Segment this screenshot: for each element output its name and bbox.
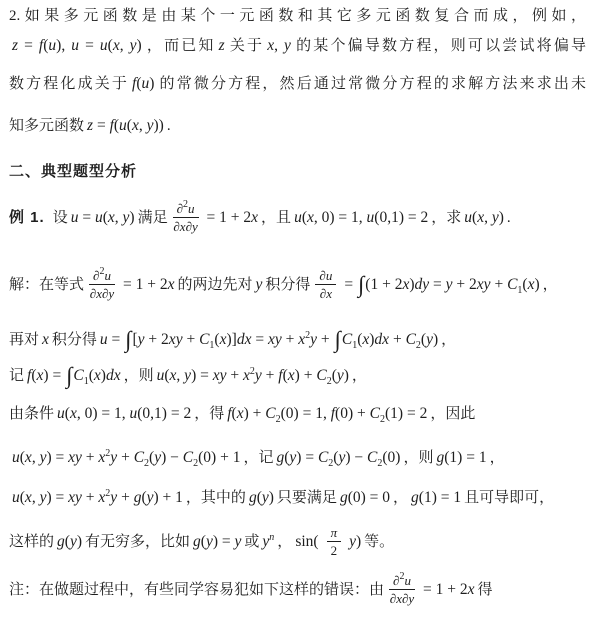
text-fragment: y — [192, 219, 198, 234]
text-fragment: π — [331, 525, 338, 540]
text-fragment: C — [406, 331, 416, 348]
text-fragment: u — [464, 209, 472, 226]
math-text: yn — [262, 533, 274, 550]
body-text: 有无穷多，比如 — [85, 534, 190, 550]
body-text: ， — [352, 368, 367, 384]
text-fragment: z — [219, 37, 225, 54]
math-text: g(1) = 1 — [436, 449, 486, 466]
text-fragment: x — [243, 367, 250, 384]
body-text: ，则 — [403, 450, 433, 466]
text-fragment: C — [318, 449, 328, 466]
body-text: 得 — [477, 582, 492, 598]
fraction: ∂2u∂x∂y — [89, 267, 115, 302]
text-fragment: x — [245, 331, 252, 348]
text-fragment: 2 — [183, 199, 188, 210]
text-fragment: f — [331, 405, 335, 422]
text-fragment: x — [132, 117, 139, 134]
text-fragment: 2 — [276, 414, 281, 425]
text-fragment: y — [275, 331, 282, 348]
text-fragment: y — [349, 533, 356, 550]
text-fragment: x — [170, 367, 177, 384]
text-fragment: g — [134, 489, 142, 506]
text-fragment: g — [249, 489, 257, 506]
text-fragment: 1 — [517, 285, 522, 296]
math-text: u = u(x, y) — [71, 209, 135, 226]
text-fragment: d — [237, 331, 245, 348]
text-fragment: g — [276, 449, 284, 466]
text-fragment: y — [484, 276, 491, 293]
text-fragment: y — [70, 533, 77, 550]
math-text: = 1 + 2x — [423, 581, 475, 598]
math-text: g(y) = y — [193, 533, 241, 550]
solution-step-6: u(x, y) = xy + x2y + g(y) + 1，其中的g(y)只要满… — [9, 483, 586, 513]
bold-label: 二、典型题型分析 — [9, 163, 137, 180]
text-fragment: y — [184, 367, 191, 384]
text-fragment: 1 — [352, 340, 357, 351]
text-fragment: u — [119, 117, 127, 134]
text-fragment: x — [68, 489, 75, 506]
text-fragment: n — [269, 532, 274, 543]
text-fragment: y — [408, 591, 414, 606]
body-text: 只要满足 — [277, 490, 337, 506]
text-fragment: 2 — [305, 330, 310, 341]
math-text: u(x, 0) = 1, u(0,1) = 2 — [294, 209, 428, 226]
fraction-denominator: ∂x∂y — [389, 590, 415, 607]
text-fragment: y — [108, 286, 114, 301]
text-fragment: 2 — [377, 458, 382, 469]
fraction-numerator: ∂u — [315, 267, 336, 285]
text-fragment: x — [468, 581, 475, 598]
intro-line-2: z = f(u), u = u(x, y)，而已知z关于x, y的某个偏导数方程… — [9, 32, 586, 60]
text-fragment: u — [12, 489, 20, 506]
fraction-numerator: ∂2u — [389, 572, 415, 590]
text-fragment: x — [268, 331, 275, 348]
text-fragment: u — [100, 37, 108, 54]
text-fragment: y — [284, 37, 291, 54]
text-fragment: 2 — [193, 458, 198, 469]
text-fragment: u — [71, 37, 79, 54]
text-fragment: u — [104, 268, 111, 283]
text-fragment: y — [138, 331, 145, 348]
body-text: ， — [543, 277, 558, 293]
text-fragment: y — [289, 449, 296, 466]
fraction: ∂2u∂x∂y — [173, 200, 199, 235]
solution-step-4: 由条件u(x, 0) = 1, u(0,1) = 2，得f(x) + C2(0)… — [9, 400, 586, 428]
text-fragment: y — [310, 331, 317, 348]
body-text: ， — [277, 534, 292, 550]
body-text: 注：在做题过程中，有些同学容易犯如下这样的错误：由 — [9, 582, 384, 598]
text-fragment: y — [110, 489, 117, 506]
body-text: 关于 — [228, 38, 265, 54]
text-fragment: y — [426, 331, 433, 348]
text-fragment: u — [48, 37, 56, 54]
fraction: π2 — [327, 524, 342, 559]
text-fragment: C — [370, 405, 380, 422]
text-fragment: u — [326, 268, 333, 283]
integral-sign: ∫ — [124, 327, 132, 352]
text-fragment: u — [188, 201, 195, 216]
text-fragment: y — [235, 533, 242, 550]
text-fragment: x — [68, 449, 75, 466]
text-fragment: z — [87, 117, 93, 134]
text-fragment: f — [27, 367, 31, 384]
fraction-denominator: ∂x∂y — [173, 218, 199, 235]
fraction: ∂u∂x — [315, 267, 336, 302]
text-fragment: C — [183, 449, 193, 466]
text-fragment: 2 — [105, 448, 110, 459]
body-text: ，且 — [261, 210, 291, 226]
fraction-numerator: π — [327, 524, 342, 542]
text-fragment: x — [108, 209, 115, 226]
text-fragment: C — [265, 405, 275, 422]
fraction-denominator: 2 — [327, 542, 342, 559]
fraction-numerator: ∂2u — [173, 200, 199, 218]
text-fragment: x — [402, 276, 409, 293]
text-fragment: y — [255, 367, 262, 384]
text-fragment: y — [147, 117, 154, 134]
body-text: ，得 — [194, 406, 224, 422]
text-fragment: 2 — [399, 571, 404, 582]
text-fragment: y — [262, 489, 269, 506]
math-text: z = f(u(x, y)) — [87, 117, 164, 134]
text-fragment: x — [362, 331, 369, 348]
text-fragment: y — [422, 276, 429, 293]
text-fragment: y — [75, 489, 82, 506]
math-text: g(y) = C2(y) − C2(0) — [276, 449, 400, 466]
body-text: ， — [441, 332, 456, 348]
text-fragment: x — [251, 209, 258, 226]
body-text: 2.如果多元函数是由某个一元函数和其它多元函数复合而成，例如， — [9, 8, 586, 24]
text-fragment: 2 — [328, 458, 333, 469]
math-text: g(y) — [249, 489, 274, 506]
fraction-numerator: ∂2u — [89, 267, 115, 285]
solution-step-7: 这样的g(y)有无穷多，比如g(y) = y或yn，sin(π2y)等。 — [9, 520, 586, 564]
text-fragment: y — [446, 276, 453, 293]
intro-line-1: 2.如果多元函数是由某个一元函数和其它多元函数复合而成，例如， — [9, 2, 586, 30]
text-fragment: u — [367, 209, 375, 226]
body-text: . — [507, 210, 511, 226]
text-fragment: 1 — [84, 376, 89, 387]
text-fragment: x — [169, 331, 176, 348]
text-fragment: d — [374, 331, 382, 348]
math-text: x — [42, 331, 49, 348]
text-fragment: u — [141, 75, 149, 92]
body-text: ，其中的 — [186, 490, 246, 506]
text-fragment: x — [396, 591, 402, 606]
body-text: 由条件 — [9, 406, 54, 422]
body-text: 等。 — [364, 534, 394, 550]
text-fragment: d — [106, 367, 114, 384]
text-fragment: n — [269, 532, 274, 543]
text-fragment: u — [404, 573, 411, 588]
solution-step-2: 再对x积分得u = ∫[y + 2xy + C1(x)]dx = xy + x2… — [9, 322, 586, 358]
text-fragment: x — [42, 331, 49, 348]
solution-step-1: 解：在等式∂2u∂x∂y= 1 + 2x的两边先对y积分得∂u∂x= ∫(1 +… — [9, 262, 586, 308]
body-text: ，而已知 — [145, 38, 216, 54]
text-fragment: 2 — [380, 414, 385, 425]
text-fragment: g — [436, 449, 444, 466]
math-text: u(x, y) — [464, 209, 504, 226]
text-fragment: x — [237, 405, 244, 422]
text-fragment: x — [94, 367, 101, 384]
text-fragment: x — [477, 209, 484, 226]
body-text: ，记 — [243, 450, 273, 466]
text-fragment: y — [123, 209, 130, 226]
text-fragment: f — [227, 405, 231, 422]
text-fragment: y — [75, 449, 82, 466]
text-fragment: g — [193, 533, 201, 550]
text-fragment: y — [338, 449, 345, 466]
body-text: 知多元函数 — [9, 118, 84, 134]
math-text: g(1) = 1 — [411, 489, 461, 506]
section-heading: 二、典型题型分析 — [9, 158, 586, 186]
fraction-denominator: ∂x — [315, 285, 336, 302]
fraction-denominator: ∂x∂y — [89, 285, 115, 302]
text-fragment: C — [367, 449, 377, 466]
math-text: u(x, y) = xy + x2y + C2(y) − C2(0) + 1 — [12, 449, 240, 466]
text-fragment: 2 — [99, 266, 104, 277]
text-fragment: x — [307, 209, 314, 226]
text-fragment: f — [132, 75, 136, 92]
body-text: 的某个偏导数方程，则可以尝试将偏导 — [294, 38, 586, 54]
text-fragment: g — [411, 489, 419, 506]
math-text: f(x) + C2(0) = 1, f(0) + C2(1) = 2 — [227, 405, 427, 422]
text-fragment: 2 — [144, 458, 149, 469]
text-fragment: y — [176, 331, 183, 348]
math-text: y — [255, 276, 262, 293]
math-text: f(u) — [132, 75, 154, 92]
bold-label: 例 1. — [9, 209, 45, 226]
text-fragment: f — [39, 37, 43, 54]
text-fragment: x — [96, 286, 102, 301]
body-text: 设 — [53, 210, 68, 226]
math-text: z = f(u), u = u(x, y) — [12, 37, 142, 54]
text-fragment: u — [294, 209, 302, 226]
body-text: 这样的 — [9, 534, 54, 550]
text-fragment: y — [337, 367, 344, 384]
text-fragment: u — [100, 331, 108, 348]
math-text: u(x, 0) = 1, u(0,1) = 2 — [57, 405, 191, 422]
text-fragment: C — [507, 276, 517, 293]
text-fragment: g — [340, 489, 348, 506]
text-fragment: x — [213, 367, 220, 384]
body-text: 满足 — [138, 210, 168, 226]
text-fragment: z — [12, 37, 18, 54]
body-text: ，求 — [431, 210, 461, 226]
math-text: = 1 + 2x — [123, 276, 175, 293]
text-fragment: x — [288, 367, 295, 384]
body-text: 再对 — [9, 332, 39, 348]
math-text: = ∫(1 + 2x)dy = y + 2xy + C1(x) — [344, 276, 539, 293]
text-fragment: x — [267, 37, 274, 54]
math-text: u = ∫[y + 2xy + C1(x)]dx = xy + x2y + ∫C… — [100, 331, 438, 348]
text-fragment: y — [255, 276, 262, 293]
body-text: 记 — [9, 368, 24, 384]
text-fragment: u — [95, 209, 103, 226]
text-fragment: 2 — [327, 376, 332, 387]
text-fragment: 2 — [250, 366, 255, 377]
body-text: 积分得 — [265, 277, 310, 293]
text-fragment: x — [180, 219, 186, 234]
text-fragment: x — [168, 276, 175, 293]
text-fragment: y — [154, 449, 161, 466]
intro-line-4: 知多元函数z = f(u(x, y)). — [9, 112, 586, 140]
body-text: 积分得 — [52, 332, 97, 348]
text-fragment: y — [206, 533, 213, 550]
text-fragment: f — [110, 117, 114, 134]
text-fragment: x — [113, 37, 120, 54]
text-fragment: y — [492, 209, 499, 226]
body-text: 数方程化成关于 — [9, 76, 129, 92]
text-fragment: x — [220, 331, 227, 348]
math-text: g(y) — [57, 533, 82, 550]
math-text: u(x, y) = xy + x2y + g(y) + 1 — [12, 489, 183, 506]
text-fragment: x — [326, 286, 332, 301]
body-text: ， — [393, 490, 408, 506]
integral-sign: ∫ — [357, 272, 365, 297]
text-fragment: C — [134, 449, 144, 466]
intro-line-3: 数方程化成关于f(u)的常微分方程，然后通过常微分方程的求解方法来求出未 — [9, 70, 586, 98]
math-text: u(x, y) = xy + x2y + f(x) + C2(y) — [157, 367, 349, 384]
text-fragment: u — [130, 405, 138, 422]
text-fragment: x — [477, 276, 484, 293]
text-fragment: y — [40, 449, 47, 466]
text-fragment: C — [316, 367, 326, 384]
note-line: 注：在做题过程中，有些同学容易犯如下这样的错误：由∂2u∂x∂y= 1 + 2x… — [9, 567, 586, 613]
text-fragment: y — [130, 37, 137, 54]
math-text: y) — [349, 533, 361, 550]
body-text: 或 — [244, 534, 259, 550]
body-text: 的常微分方程，然后通过常微分方程的求解方法来求出未 — [157, 76, 586, 92]
text-fragment: x — [528, 276, 535, 293]
math-text: g(0) = 0 — [340, 489, 390, 506]
text-fragment: y — [220, 367, 227, 384]
solution-step-3: 记f(x) = ∫C1(x)dx，则u(x, y) = xy + x2y + f… — [9, 358, 586, 394]
fraction: ∂2u∂x∂y — [389, 572, 415, 607]
text-fragment: y — [40, 489, 47, 506]
text-fragment: C — [342, 331, 352, 348]
text-fragment: C — [199, 331, 209, 348]
body-text: 且可导即可， — [464, 490, 554, 506]
body-text: ，因此 — [430, 406, 475, 422]
document-body: 2.如果多元函数是由某个一元函数和其它多元函数复合而成，例如，z = f(u),… — [9, 2, 586, 613]
text-fragment: u — [71, 209, 79, 226]
text-fragment: x — [382, 331, 389, 348]
math-text: z — [219, 37, 225, 54]
text-fragment: x — [70, 405, 77, 422]
math-text: f(x) = ∫C1(x)dx — [27, 367, 121, 384]
body-text: 的两边先对 — [177, 277, 252, 293]
text-fragment: 2 — [105, 488, 110, 499]
text-fragment: x — [25, 449, 32, 466]
text-fragment: x — [114, 367, 121, 384]
math-text: = 1 + 2x — [207, 209, 259, 226]
text-fragment: x — [37, 367, 44, 384]
example-1-statement: 例 1.设u = u(x, y)满足∂2u∂x∂y= 1 + 2x，且u(x, … — [9, 195, 586, 241]
body-text: 解：在等式 — [9, 277, 84, 293]
body-text: . — [167, 118, 171, 134]
integral-sign: ∫ — [334, 327, 342, 352]
text-fragment: 2 — [416, 340, 421, 351]
text-fragment: u — [57, 405, 65, 422]
text-fragment: y — [110, 449, 117, 466]
text-fragment: y — [147, 489, 154, 506]
document-page: 2.如果多元函数是由某个一元函数和其它多元函数复合而成，例如，z = f(u),… — [0, 0, 596, 618]
text-fragment: u — [157, 367, 165, 384]
text-fragment: 1 — [209, 340, 214, 351]
text-fragment: x — [25, 489, 32, 506]
math-text: x, y — [267, 37, 291, 54]
text-fragment: u — [12, 449, 20, 466]
text-fragment: C — [73, 367, 83, 384]
body-text: ， — [490, 450, 505, 466]
math-function-name: sin( — [295, 533, 318, 550]
text-fragment: g — [57, 533, 65, 550]
body-text: ，则 — [124, 368, 154, 384]
solution-step-5: u(x, y) = xy + x2y + C2(y) − C2(0) + 1，记… — [9, 443, 586, 473]
text-fragment: f — [278, 367, 282, 384]
